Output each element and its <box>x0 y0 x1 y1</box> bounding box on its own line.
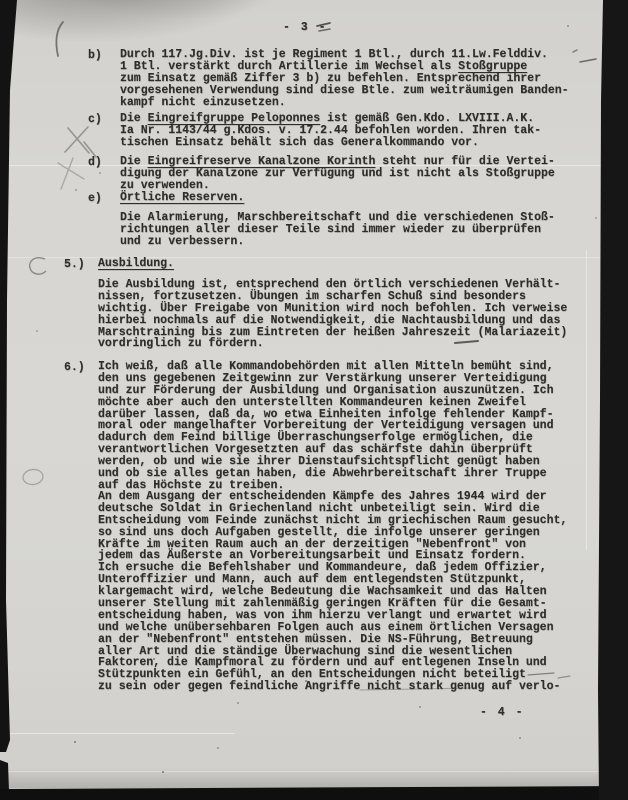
scan-shadow <box>0 768 628 788</box>
text-line: nissen, fortzusetzen. Übungen im scharfe… <box>98 291 567 303</box>
text-line: richtungen aller dieser Teile sind immer… <box>120 224 555 236</box>
pencil-x-mark <box>65 127 96 157</box>
section-6-paragraph-2-text: An dem Ausgang der entscheidenden Kämpfe… <box>98 491 567 693</box>
text-line: Entscheidung vom Feinde zunächst nicht i… <box>98 515 567 527</box>
section-5-label: 5.) <box>64 258 85 271</box>
text-line: digung der Kanalzone zur Verfügung und i… <box>120 168 555 180</box>
text-line: den uns gegebenen Zeitgewinn zur Verstär… <box>98 373 553 385</box>
text-line: 1 Btl. verstärkt durch Artillerie im Wec… <box>120 61 569 73</box>
text-line: Ia Nr. 1143/44 g.Kdos. v. 17.2.44 befohl… <box>120 125 541 137</box>
pencil-x-mark <box>58 158 84 191</box>
item-d-label: d) <box>88 156 102 169</box>
text-line: vorgesehenen Verwendung sind diese Btle.… <box>120 85 569 97</box>
scan-crease-line <box>0 771 628 772</box>
text-line: deutsche Soldat in Griechenland nicht un… <box>98 503 567 515</box>
text-line: kampf nicht einzusetzen. <box>120 97 569 109</box>
scan-edge-left <box>0 0 17 752</box>
text-line: zum Einsatz gemäß Ziffer 3 b) zu befehle… <box>120 73 569 85</box>
item-d-text: Die Eingreifreserve Kanalzone Korinth st… <box>120 156 555 192</box>
scan-crease-line <box>586 250 587 550</box>
text-line: zu verwenden. <box>120 180 555 192</box>
text-line: und zur Förderung der Ausbildung und Org… <box>98 385 553 397</box>
item-b-label: b) <box>88 49 102 62</box>
section-6-paragraph-1: Ich weiß, daß alle Kommandobehörden mit … <box>98 361 553 492</box>
text-line: Ausbildung. <box>98 258 174 270</box>
text-line: zu sein oder gegen feindliche Angriffe n… <box>98 681 567 693</box>
underlined-text: Stoßgruppe <box>458 60 527 73</box>
text-segment: 1 Btl. verstärkt durch Artillerie im Wec… <box>120 60 458 73</box>
item-c-label: c) <box>88 113 102 126</box>
scan-edge-right <box>598 0 628 800</box>
scan-crease-line <box>0 733 235 734</box>
text-line: Örtliche Reserven. <box>120 192 244 204</box>
scan-edge-bottom <box>0 786 628 800</box>
text-line: entscheidung haben, was von ihm hierzu v… <box>98 610 567 622</box>
pencil-hook-mark <box>56 22 63 56</box>
text-line: hierbei nochmals auf die Notwendigkeit, … <box>98 315 567 327</box>
item-b-text: Durch 117.Jg.Div. ist je Regiment 1 Btl.… <box>120 49 569 108</box>
item-c-text: Die Eingreifgruppe Peloponnes ist gemäß … <box>120 113 541 149</box>
underlined-text: Örtliche Reserven. <box>120 191 244 204</box>
underlined-text: Ausbildung. <box>98 257 174 270</box>
section-5-heading-text: Ausbildung. <box>98 258 174 270</box>
text-line: möchte aber auch den unterstellten Komma… <box>98 397 553 409</box>
text-line: so sind uns doch Aufgaben gestellt, die … <box>98 527 567 539</box>
scan-edge-left-notch <box>0 760 9 791</box>
pencil-ring-mark <box>22 468 44 486</box>
section-6-label: 6.) <box>64 361 85 374</box>
pencil-c-mark <box>30 258 46 274</box>
text-line: und welche unübersehbaren Folgen auch au… <box>98 622 567 634</box>
text-line: und zu verbessern. <box>120 236 555 248</box>
item-e-paragraph-text: Die Alarmierung, Marschbereitschaft und … <box>120 212 555 248</box>
text-line: an der "Nebenfront" entstehen müssen. Di… <box>98 634 567 646</box>
text-line: tischen Einsatz behält sich das Generalk… <box>120 137 541 149</box>
page-number-bottom: - 4 - <box>480 706 525 719</box>
document-scan-page: - 3 - - 4 - b) Durch 117.Jg.Div. ist je … <box>0 0 628 800</box>
item-e-heading-text: Örtliche Reserven. <box>120 192 244 204</box>
section-5-paragraph-text: Die Ausbildung ist, entsprechend den ört… <box>98 279 567 350</box>
page-number-top: - 3 - <box>283 21 328 34</box>
text-line: vordringlich zu fördern. <box>98 338 567 350</box>
text-line: wichtig. Über Freigabe von Munition wird… <box>98 303 567 315</box>
scan-crease-line <box>0 257 628 258</box>
item-e-label: e) <box>88 192 102 205</box>
